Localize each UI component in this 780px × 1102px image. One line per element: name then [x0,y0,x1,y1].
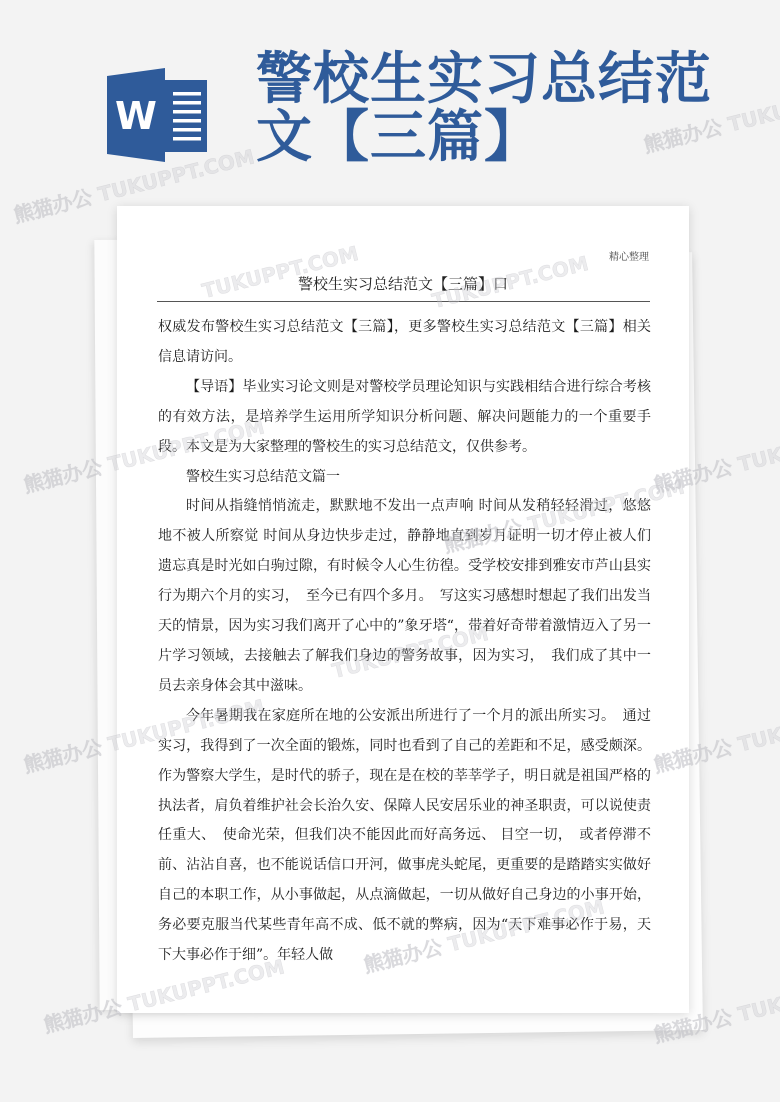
document-page: 精心整理 警校生实习总结范文【三篇】口 权威发布警校生实习总结范文【三篇】，更多… [117,206,689,1013]
header-tag: 精心整理 [609,248,649,263]
document-body: 权威发布警校生实习总结范文【三篇】，更多警校生实习总结范文【三篇】相关信息请访问… [158,313,651,971]
paragraph-body-1: 时间从指缝悄悄流走，默默地不发出一点声响 时间从发稍轻轻滑过，悠悠地不被人所察觉… [158,492,651,701]
word-document-icon: W [107,68,209,162]
banner-title: 警校生实习总结范 文【三篇】 [256,50,696,166]
paragraph-intro: 权威发布警校生实习总结范文【三篇】，更多警校生实习总结范文【三篇】相关信息请访问… [158,313,651,373]
document-title: 警校生实习总结范文【三篇】口 [117,273,689,294]
title-divider [157,301,650,302]
banner-title-line-1: 警校生实习总结范 [256,50,696,108]
svg-text:W: W [115,94,157,138]
paragraph-lead: 【导语】毕业实习论文则是对警校学员理论知识与实践相结合进行综合考核的有效方法，是… [158,373,651,463]
banner-title-line-2: 文【三篇】 [256,108,696,166]
section-heading: 警校生实习总结范文篇一 [158,463,651,493]
paragraph-body-2: 今年暑期我在家庭所在地的公安派出所进行了一个月的派出所实习。 通过实习，我得到了… [158,702,651,971]
